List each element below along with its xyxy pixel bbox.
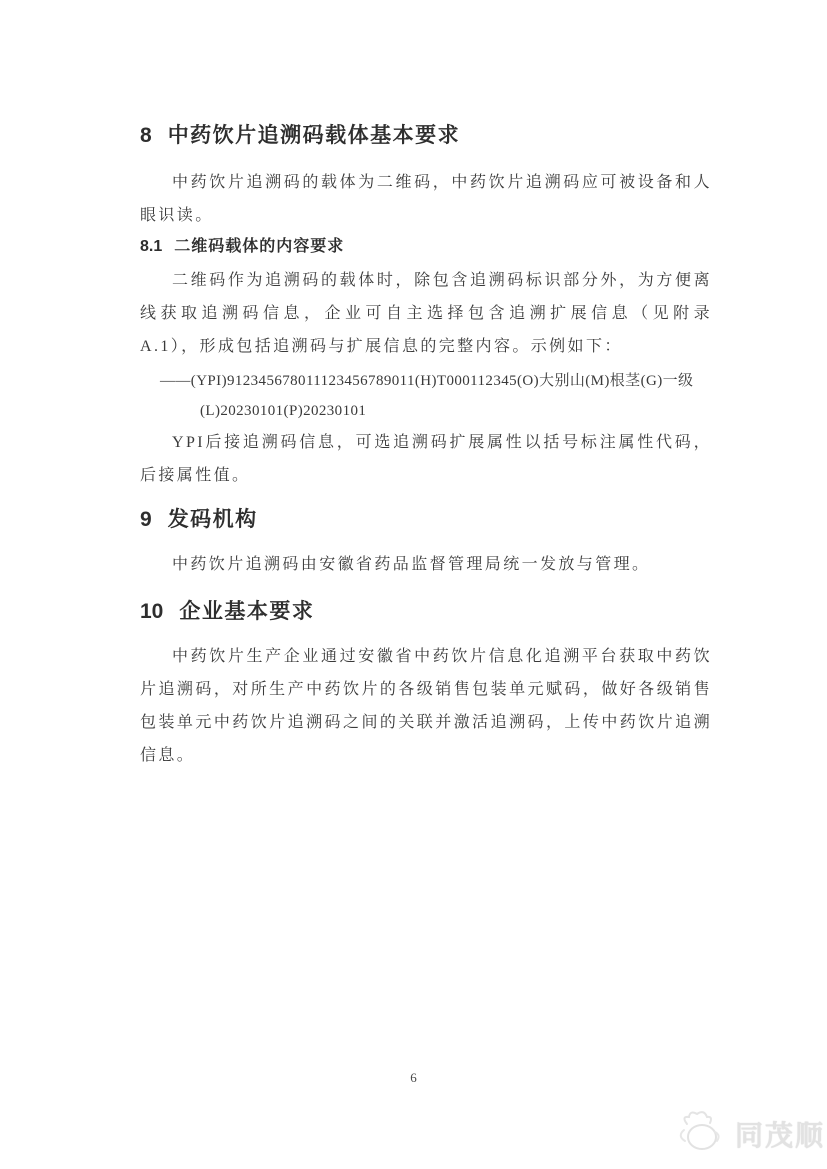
watermark-brand-text: 同茂顺 bbox=[735, 1114, 825, 1154]
section-8-1-title: 二维码载体的内容要求 bbox=[174, 238, 344, 255]
section-10-paragraph: 中药饮片生产企业通过安徽省中药饮片信息化追溯平台获取中药饮片追溯码，对所生产中药… bbox=[140, 640, 712, 772]
traceability-code-example-line-1: ——(YPI)912345678011123456789011(H)T00011… bbox=[140, 366, 712, 396]
section-8-1-heading: 8.1二维码载体的内容要求 bbox=[140, 236, 712, 258]
section-10-number: 10 bbox=[140, 600, 163, 623]
section-9-title: 发码机构 bbox=[168, 508, 258, 531]
section-10-title: 企业基本要求 bbox=[179, 600, 314, 623]
section-8-1-paragraph: 二维码作为追溯码的载体时，除包含追溯码标识部分外，为方便离线获取追溯码信息，企业… bbox=[140, 264, 712, 363]
page-number: 6 bbox=[0, 1070, 827, 1086]
section-8-heading: 8中药饮片追溯码载体基本要求 bbox=[140, 122, 712, 150]
section-9-number: 9 bbox=[140, 508, 152, 531]
section-8-1-note-paragraph: YPI后接追溯码信息，可选追溯码扩展属性以括号标注属性代码，后接属性值。 bbox=[140, 426, 712, 492]
watermark-logo-icon bbox=[675, 1108, 729, 1159]
document-content: 8中药饮片追溯码载体基本要求 中药饮片追溯码的载体为二维码，中药饮片追溯码应可被… bbox=[140, 0, 712, 772]
section-8-paragraph: 中药饮片追溯码的载体为二维码，中药饮片追溯码应可被设备和人眼识读。 bbox=[140, 166, 712, 232]
section-8-title: 中药饮片追溯码载体基本要求 bbox=[168, 124, 461, 147]
document-page: 8中药饮片追溯码载体基本要求 中药饮片追溯码的载体为二维码，中药饮片追溯码应可被… bbox=[0, 0, 827, 1169]
section-9-paragraph: 中药饮片追溯码由安徽省药品监督管理局统一发放与管理。 bbox=[140, 548, 712, 581]
section-9-heading: 9发码机构 bbox=[140, 506, 712, 534]
watermark: 同茂顺 bbox=[675, 1108, 825, 1159]
traceability-code-example-line-2: (L)20230101(P)20230101 bbox=[140, 396, 712, 426]
section-8-1-number: 8.1 bbox=[140, 238, 162, 255]
section-8-number: 8 bbox=[140, 124, 152, 147]
section-10-heading: 10企业基本要求 bbox=[140, 598, 712, 626]
